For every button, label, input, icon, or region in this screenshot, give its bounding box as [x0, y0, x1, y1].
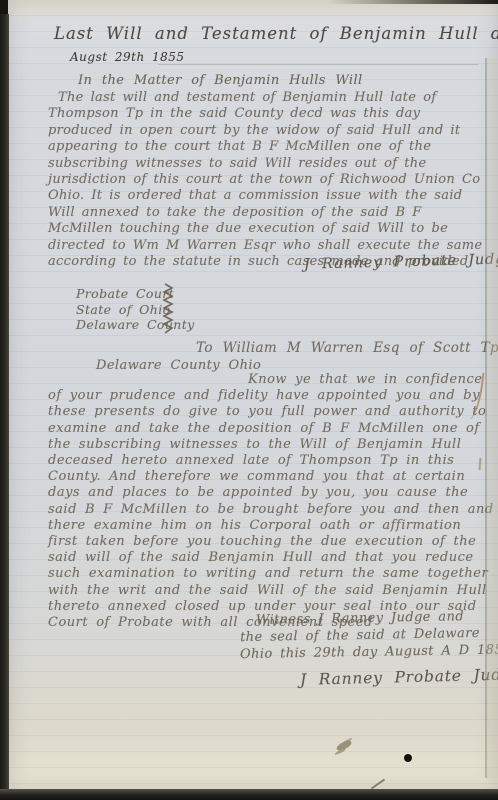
court-caption-line: Delaware County: [76, 317, 195, 333]
page-title: Last Will and Testament of Benjamin Hull…: [54, 24, 498, 43]
witness-clause: Witness J Ranney Judge and the seal of t…: [240, 610, 480, 661]
addressee-line-1: To William M Warren Esq of Scott Tp: [196, 340, 498, 356]
page-header: Last Will and Testament of Benjamin Hull…: [54, 24, 488, 43]
hole-punch-dot: [404, 754, 412, 762]
commission-paragraph: Know ye that we in confidence of your pr…: [48, 372, 494, 631]
witness-clause-line: Ohio this 29th day August A D 1855: [240, 642, 480, 663]
scan-bottom-edge: [0, 789, 498, 800]
matter-heading: In the Matter of Benjamin Hulls Will: [78, 73, 363, 88]
court-caption-line: State of Ohio: [76, 302, 195, 318]
court-caption-line: Probate Court: [76, 286, 195, 302]
court-order-paragraph: The last will and testament of Benjamin …: [48, 90, 488, 270]
addressee-line-2: Delaware County Ohio: [96, 358, 261, 373]
judge-signature-2: J Ranney Probate Judge: [300, 665, 498, 689]
fold-crease: [158, 64, 478, 65]
entry-date: Augst 29th 1855: [70, 50, 185, 64]
adjacent-page-edge: [487, 58, 498, 778]
scratch-mark: [371, 779, 385, 790]
court-caption: Probate Court State of Ohio Delaware Cou…: [76, 286, 195, 333]
ledger-paper: Last Will and Testament of Benjamin Hull…: [8, 0, 498, 790]
scanned-document-page: Last Will and Testament of Benjamin Hull…: [0, 0, 498, 800]
binding-gutter-shadow: [0, 14, 9, 800]
ink-blot: [335, 739, 352, 752]
scan-top-edge: [328, 0, 498, 4]
caption-bracket-icon: [161, 283, 175, 335]
